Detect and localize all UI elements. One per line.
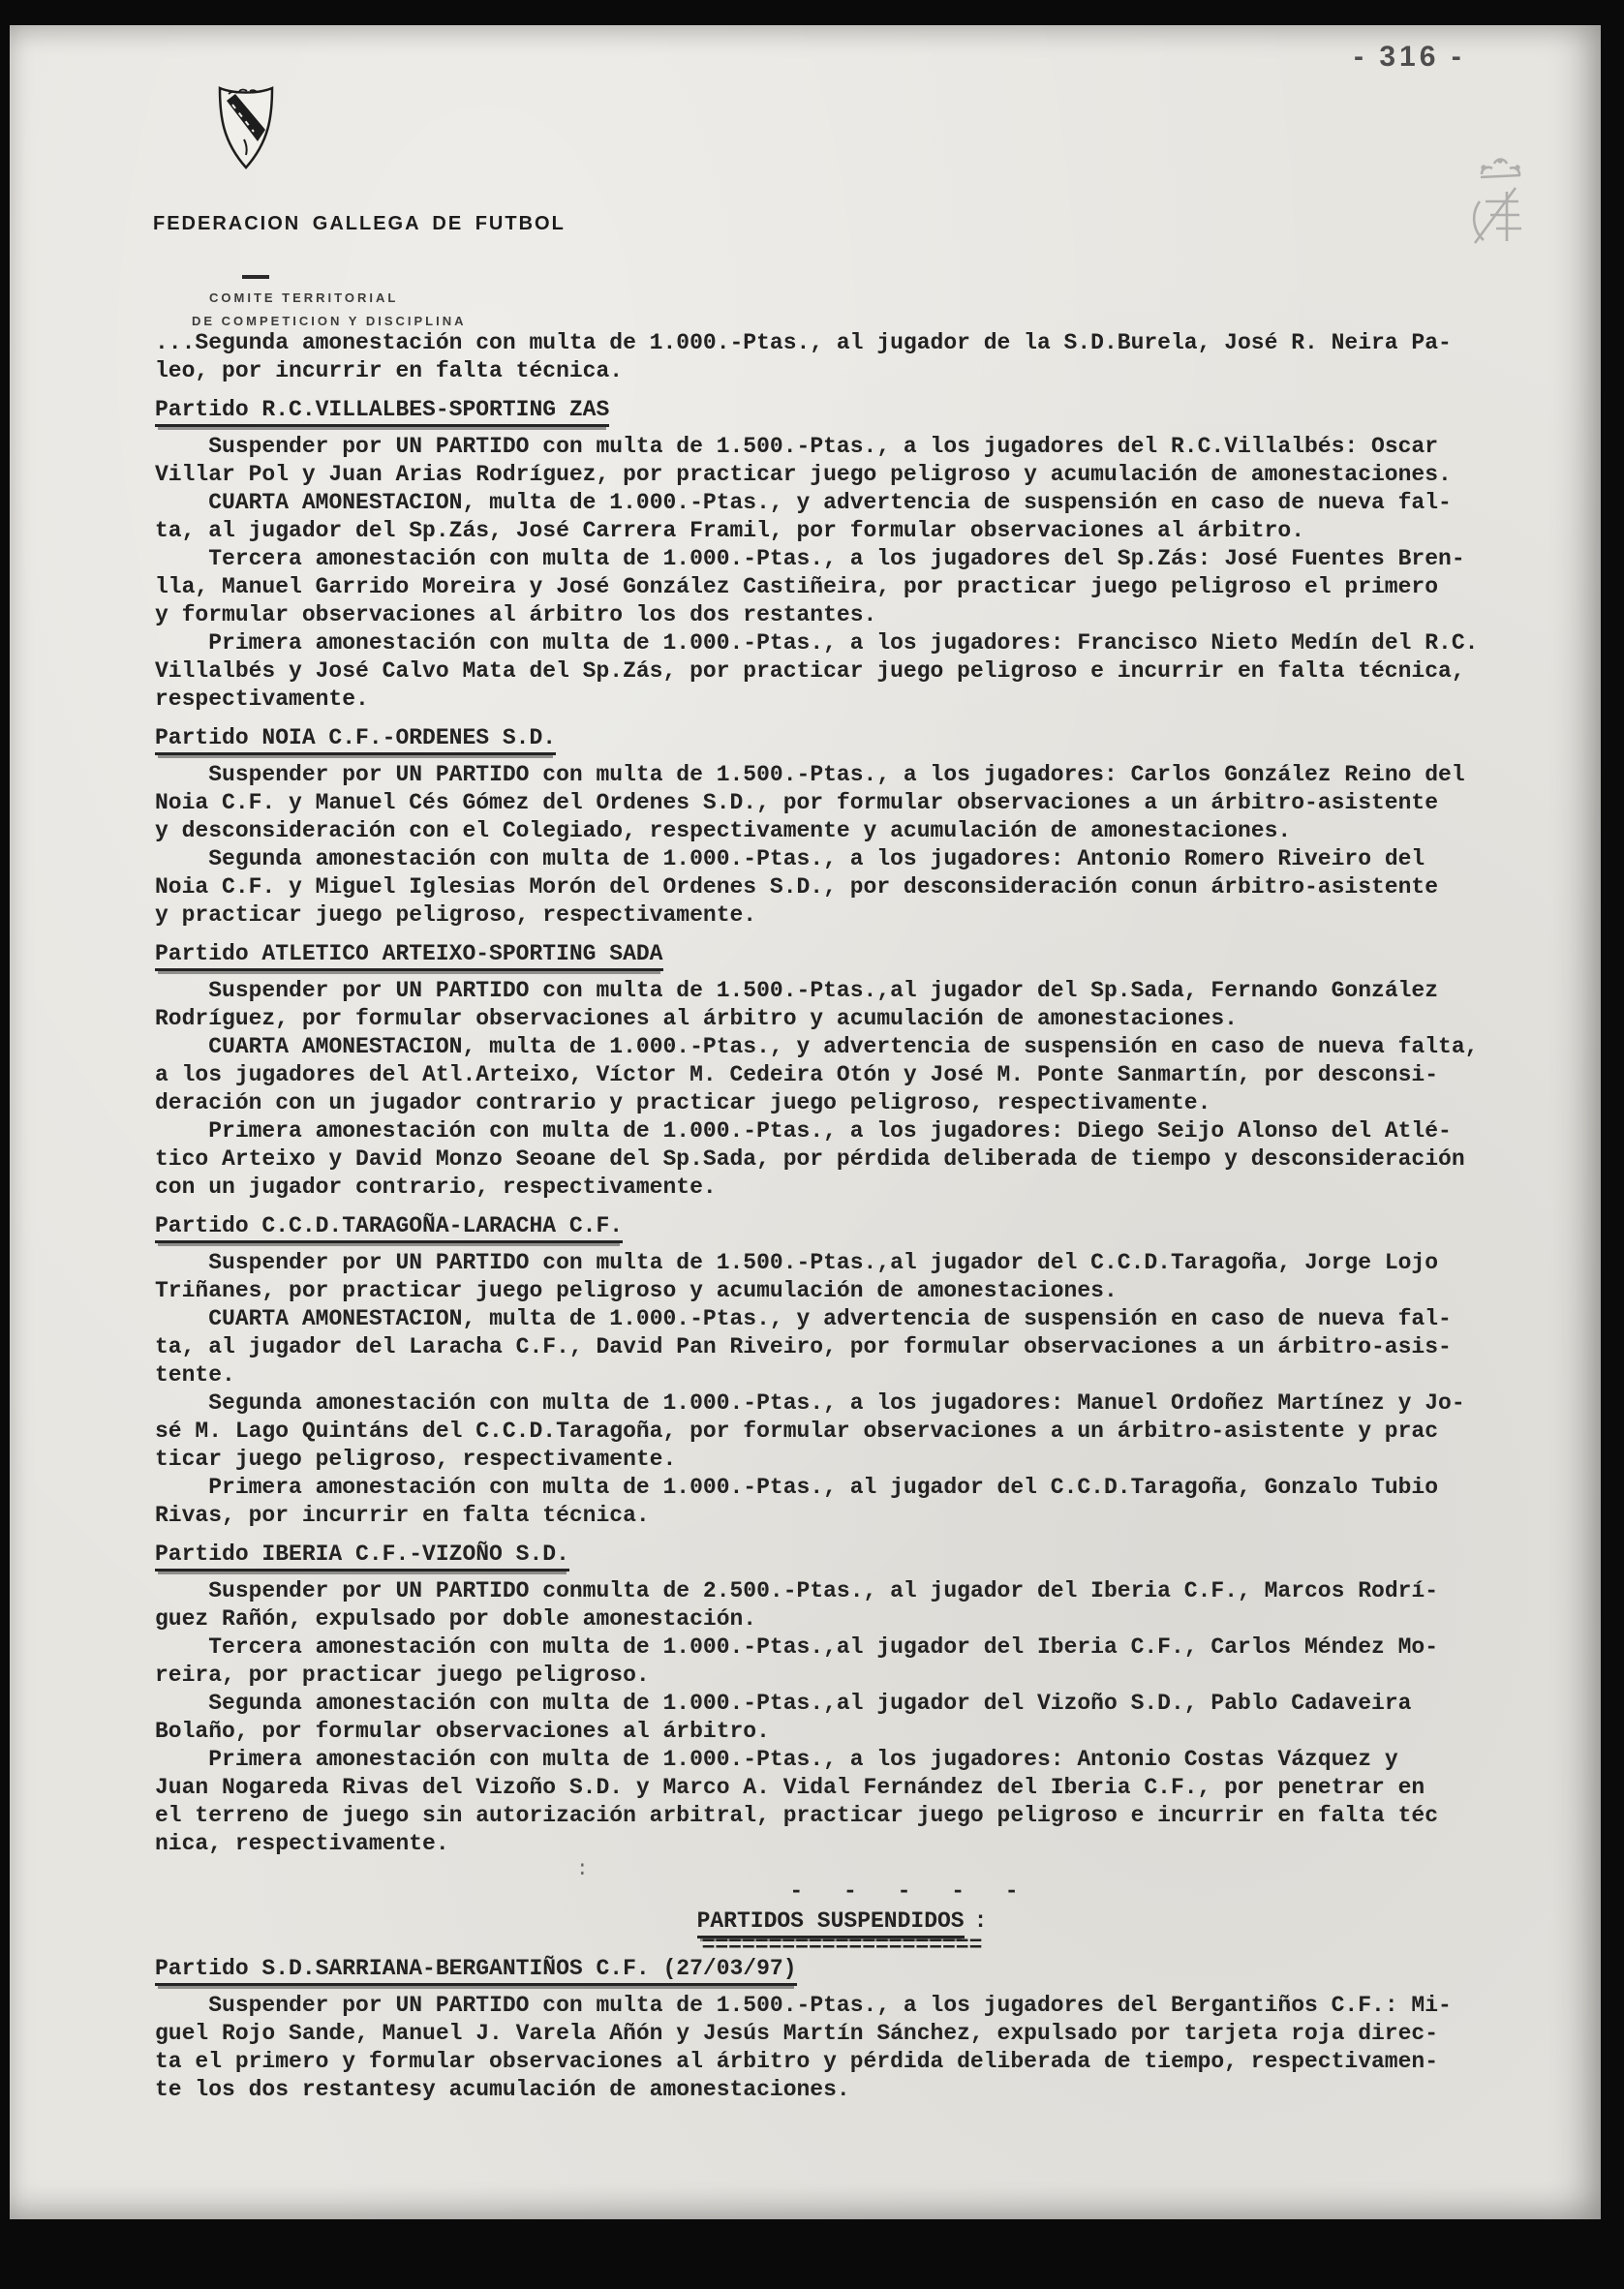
sanction-paragraph: CUARTA AMONESTACION, multa de 1.000.-Pta… xyxy=(155,1305,1521,1389)
sanction-paragraph: Primera amonestación con multa de 1.000.… xyxy=(155,1117,1521,1202)
match-heading: Partido S.D.SARRIANA-BERGANTIÑOS C.F. (2… xyxy=(155,1955,1521,1983)
match-section-iberia-vizono: Partido IBERIA C.F.-VIZOÑO S.D. Suspende… xyxy=(155,1541,1521,1858)
match-section-sarriana-bergantinos: Partido S.D.SARRIANA-BERGANTIÑOS C.F. (2… xyxy=(155,1955,1521,2104)
match-section-arteixo-sada: Partido ATLETICO ARTEIXO-SPORTING SADA S… xyxy=(155,940,1521,1202)
organization-name: FEDERACION GALLEGA DE FUTBOL xyxy=(153,213,566,235)
stray-type-mark: : xyxy=(576,1859,589,1881)
match-heading: Partido R.C.VILLALBES-SPORTING ZAS xyxy=(155,396,1521,424)
sanction-paragraph: CUARTA AMONESTACION, multa de 1.000.-Pta… xyxy=(155,1033,1521,1117)
document-body: ...Segunda amonestación con multa de 1.0… xyxy=(155,329,1521,2104)
match-section-noia-ordenes: Partido NOIA C.F.-ORDENES S.D. Suspender… xyxy=(155,724,1521,930)
sanction-paragraph: Suspender por UN PARTIDO con multa de 1.… xyxy=(155,1992,1521,2104)
sanction-paragraph: Primera amonestación con multa de 1.000.… xyxy=(155,1746,1521,1858)
sanction-paragraph: Suspender por UN PARTIDO con multa de 1.… xyxy=(155,1249,1521,1305)
sanction-paragraph: Suspender por UN PARTIDO con multa de 1.… xyxy=(155,761,1521,845)
match-heading: Partido NOIA C.F.-ORDENES S.D. xyxy=(155,724,1521,752)
federation-crown-stamp-icon xyxy=(1443,151,1559,272)
intro-paragraph: ...Segunda amonestación con multa de 1.0… xyxy=(155,329,1521,385)
committee-line-2: DE COMPETICION Y DISCIPLINA xyxy=(192,314,467,328)
federation-shield-icon xyxy=(215,85,277,175)
sanction-paragraph: Suspender por UN PARTIDO con multa de 1.… xyxy=(155,977,1521,1033)
sanction-paragraph: Segunda amonestación con multa de 1.000.… xyxy=(155,1690,1521,1746)
sanction-paragraph: Tercera amonestación con multa de 1.000.… xyxy=(155,1633,1521,1690)
sanction-paragraph: Primera amonestación con multa de 1.000.… xyxy=(155,629,1521,714)
equals-underline: ===================== xyxy=(163,1939,1521,1951)
sanction-paragraph: Segunda amonestación con multa de 1.000.… xyxy=(155,1389,1521,1474)
committee-line-1: COMITE TERRITORIAL xyxy=(209,290,398,305)
sanction-paragraph: Primera amonestación con multa de 1.000.… xyxy=(155,1474,1521,1530)
match-section-taragona-laracha: Partido C.C.D.TARAGOÑA-LARACHA C.F. Susp… xyxy=(155,1212,1521,1530)
match-section-villalbes-zas: Partido R.C.VILLALBES-SPORTING ZAS Suspe… xyxy=(155,396,1521,714)
document-page: - 316 - FEDERACION GALLEGA DE FUTBOL COM… xyxy=(10,25,1601,2219)
match-heading: Partido ATLETICO ARTEIXO-SPORTING SADA xyxy=(155,940,1521,968)
suspended-matches-heading: PARTIDOS SUSPENDIDOS: ==================… xyxy=(155,1907,1521,1951)
match-heading: Partido IBERIA C.F.-VIZOÑO S.D. xyxy=(155,1541,1521,1569)
scanned-document: - 316 - FEDERACION GALLEGA DE FUTBOL COM… xyxy=(0,0,1624,2289)
sanction-paragraph: Segunda amonestación con multa de 1.000.… xyxy=(155,845,1521,930)
sanction-paragraph: Tercera amonestación con multa de 1.000.… xyxy=(155,545,1521,629)
sanction-paragraph: Suspender por UN PARTIDO conmulta de 2.5… xyxy=(155,1577,1521,1633)
page-number: - 316 - xyxy=(1354,41,1465,74)
dash-separator: - - - - - xyxy=(155,1877,1521,1906)
match-heading: Partido C.C.D.TARAGOÑA-LARACHA C.F. xyxy=(155,1212,1521,1240)
sanction-paragraph: CUARTA AMONESTACION, multa de 1.000.-Pta… xyxy=(155,489,1521,545)
sanction-paragraph: Suspender por UN PARTIDO con multa de 1.… xyxy=(155,433,1521,489)
letterhead-rule xyxy=(242,275,269,279)
